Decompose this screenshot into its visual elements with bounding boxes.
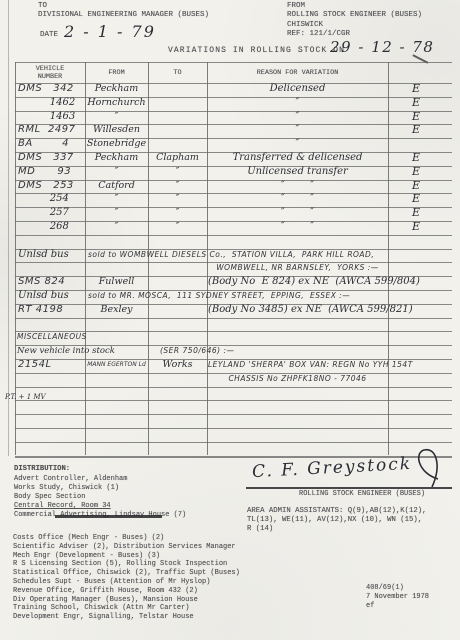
cell-c2: ″ <box>86 206 147 220</box>
cell-c4: ″ <box>208 137 387 151</box>
cell-c3: ″ <box>149 192 206 206</box>
office-line: R S Licensing Section (5), Rolling Stock… <box>13 560 227 568</box>
table-row <box>0 442 460 456</box>
to-label: TO <box>38 2 47 10</box>
cell-note: New vehicle into stock <box>17 344 237 358</box>
distribution-item: Advert Controller, Aldenham <box>14 475 127 483</box>
table-row <box>0 400 460 414</box>
cell-c1: DMS 342 <box>18 82 84 96</box>
cell-c2: MANN EGERTON Ld <box>86 358 147 372</box>
cell-mid: sold to MR. MOSCA, 111 SYDNEY STREET, EP… <box>88 289 452 303</box>
cell-c1: DMS 337 <box>18 151 84 165</box>
office-line: Costs Office (Mech Engr - Buses) (2) <box>13 534 164 542</box>
distribution-item: Works Study, Chiswick (1) <box>14 484 119 492</box>
office-line: Schedules Supt - Buses (Attention of Mr … <box>13 578 210 586</box>
document-title: VARIATIONS IN ROLLING STOCK ON <box>168 46 345 55</box>
office-line: Revenue Office, Griffith House, Room 432… <box>13 587 198 595</box>
cell-mark: E <box>392 96 440 110</box>
cell-c3: Clapham <box>149 151 206 165</box>
cell-c4: Delicensed <box>208 82 387 96</box>
cell-c4: ″ ″ <box>208 206 387 220</box>
col-header-from: FROM <box>85 69 148 77</box>
cell-c1: RT 4198 <box>18 303 84 317</box>
office-line: Scientific Adviser (2), Distribution Ser… <box>13 543 236 551</box>
cell-c4: LEYLAND 'SHERPA' BOX VAN: REGN No YYH 15… <box>208 358 387 372</box>
cell-mark: E <box>392 192 440 206</box>
cell-c4: ″ <box>208 123 387 137</box>
footer-initials: ef <box>366 602 374 610</box>
cell-c2: ″ <box>86 192 147 206</box>
cell-c1: RML 2497 <box>18 123 84 137</box>
cell-c1: 254 <box>18 192 84 206</box>
cell-c4: CHASSIS No ZHPFK18NO - 77046 <box>208 372 387 386</box>
distribution-heading: DISTRIBUTION: <box>14 465 70 473</box>
signature-underline <box>246 487 452 489</box>
cell-mark: E <box>392 179 440 193</box>
table-horizontal-line <box>15 62 452 63</box>
cell-note: MISCELLANEOUS <box>17 330 237 344</box>
cell-c4: Unlicensed transfer <box>208 165 387 179</box>
cell-c3: ″ <box>149 206 206 220</box>
stock-variation-date: 29 - 12 - 78 <box>330 38 434 56</box>
area-admin-line: R (14) <box>247 525 273 533</box>
cell-c2: Peckham <box>86 151 147 165</box>
office-line: Development Engr, Signalling, Telstar Ho… <box>13 613 194 621</box>
cell-c1: 2154L <box>18 358 84 372</box>
office-line: Div Operating Manager (Buses), Mansion H… <box>13 596 198 604</box>
from-location: CHISWICK <box>287 21 323 29</box>
cell-c2: Fulwell <box>86 275 147 289</box>
cell-c1: DMS 253 <box>18 179 84 193</box>
date-label: DATE <box>40 31 58 39</box>
cell-c4: Transferred & delicensed <box>208 151 387 165</box>
cell-c2: ″ <box>86 165 147 179</box>
cell-c2: ″ <box>86 220 147 234</box>
cell-c2: Stonebridge <box>86 137 147 151</box>
cell-c3: ″ <box>149 165 206 179</box>
cell-c3: Works <box>149 358 206 372</box>
cell-c3: ″ <box>149 220 206 234</box>
table-row <box>0 414 460 428</box>
cell-c4: WOMBWELL, NR BARNSLEY, YORKS :— <box>208 261 387 275</box>
cell-mark: E <box>392 82 440 96</box>
cell-c4: (Body No 3485) ex NE (AWCA 599/821) <box>208 303 387 317</box>
distribution-item: Body Spec Section <box>14 493 85 501</box>
from-label: FROM <box>287 2 305 10</box>
footer-ref: 408/69(1) <box>366 584 404 592</box>
cell-c1: 257 <box>18 206 84 220</box>
cell-mark: E <box>392 206 440 220</box>
cell-c2: Hornchurch <box>86 96 147 110</box>
handwritten-date: 2 - 1 - 79 <box>64 22 156 41</box>
cell-c4: ″ <box>208 110 387 124</box>
table-row: 268″″″ ″E <box>0 221 460 235</box>
distribution-item: Central Record, Room 34 <box>14 502 111 510</box>
col-header-reason: REASON FOR VARIATION <box>207 69 388 77</box>
cell-c2: ″ <box>86 110 147 124</box>
cell-mid: sold to WOMBWELL DIESELS Co., STATION VI… <box>88 248 452 262</box>
cell-c1: 268 <box>18 220 84 234</box>
cell-c1: 1462 <box>18 96 84 110</box>
to-value: DIVISIONAL ENGINEERING MANAGER (BUSES) <box>38 11 209 19</box>
area-admin-line: TL(13), WE(11), AV(12),NX (10), WN (15), <box>247 516 422 524</box>
office-line: Training School, Chiswick (Attn Mr Carte… <box>13 604 189 612</box>
cell-c1: 1463 <box>18 110 84 124</box>
cell-mark: E <box>392 110 440 124</box>
cell-c2: Willesden <box>86 123 147 137</box>
signature-flourish-icon <box>398 443 444 491</box>
table-row <box>0 428 460 442</box>
cell-c2: Peckham <box>86 82 147 96</box>
cell-c1: SMS 824 <box>18 275 84 289</box>
cell-mark: E <box>392 123 440 137</box>
cell-c1: BA 4 <box>18 137 84 151</box>
ref-number: REF: 121/1/CGR <box>287 30 350 38</box>
scanned-memo-page: TO DIVISIONAL ENGINEERING MANAGER (BUSES… <box>0 0 460 640</box>
cell-c1: MD 93 <box>18 165 84 179</box>
col-header-vehicle-line1: VEHICLE <box>15 65 85 73</box>
cell-c2: Bexley <box>86 303 147 317</box>
cell-c4: (Body No E 824) ex NE (AWCA 599/804) <box>208 275 387 289</box>
cell-c3: ″ <box>149 179 206 193</box>
office-line: Mech Engr (Development - Buses) (3) <box>13 552 160 560</box>
cell-c1: Unlsd bus <box>18 248 84 262</box>
cell-mark: E <box>392 151 440 165</box>
signature: C. F. Greystock <box>252 454 413 482</box>
table-row: CHASSIS No ZHPFK18NO - 77046 <box>0 373 460 387</box>
from-value: ROLLING STOCK ENGINEER (BUSES) <box>287 11 422 19</box>
cell-c2: Catford <box>86 179 147 193</box>
cell-c1: Unlsd bus <box>18 289 84 303</box>
area-admin-line: AREA ADMIN ASSISTANTS: Q(9),AB(12),K(12)… <box>247 507 427 515</box>
table-row: RT 4198Bexley(Body No 3485) ex NE (AWCA … <box>0 304 460 318</box>
cell-mark: E <box>392 220 440 234</box>
cell-c4: ″ <box>208 96 387 110</box>
office-line: Statistical Office, Chiswick (2), Traffi… <box>13 569 240 577</box>
table-row <box>0 387 460 401</box>
margin-note: P.T. + 1 MV <box>5 393 46 401</box>
cell-c4: ″ ″ <box>208 220 387 234</box>
footer-date: 7 November 1978 <box>366 593 429 601</box>
cell-c4: ″ ″ <box>208 192 387 206</box>
cell-c4: ″ ″ <box>208 179 387 193</box>
signature-title: ROLLING STOCK ENGINEER (BUSES) <box>299 490 425 498</box>
cell-mark: E <box>392 165 440 179</box>
col-header-to: TO <box>148 69 207 77</box>
distribution-item: Commercial Advertising, Lindsay House (7… <box>14 511 186 519</box>
col-header-vehicle-line2: NUMBER <box>15 73 85 81</box>
